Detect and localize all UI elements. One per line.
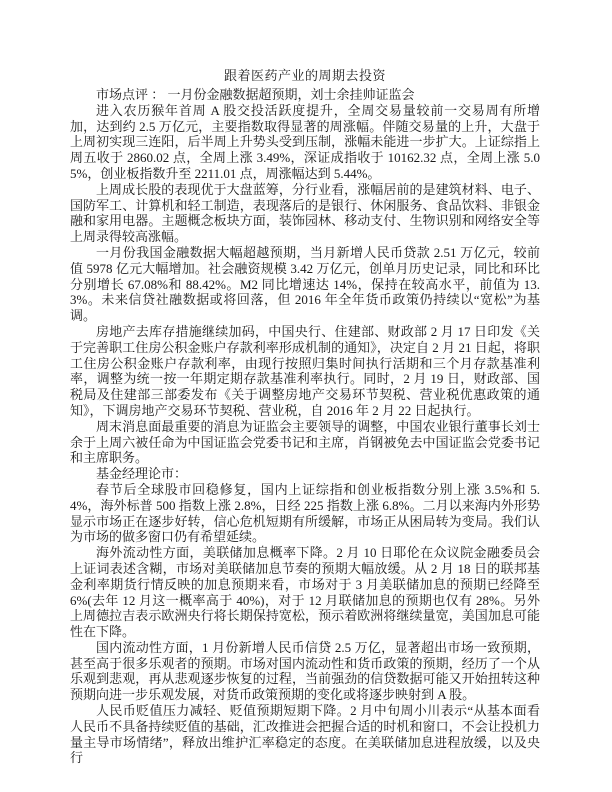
paragraph-sector-performance: 上周成长股的表现优于大盘蓝筹，分行业看，涨幅居前的是建筑材料、电子、国防军工、计… [70, 182, 540, 245]
paragraph-rmb-outlook: 人民币贬值压力减轻、贬值预期短期下降。2 月中旬周小川表示“从基本面看人民币不具… [70, 703, 540, 766]
paragraph-csrc-leadership: 周末消息面最重要的消息为证监会主要领导的调整，中国农业银行董事长刘士余于上周六被… [70, 419, 540, 466]
paragraph-overseas-liquidity: 海外流动性方面，美联储加息概率下降。2 月 10 日耶伦在众议院金融委员会上证词… [70, 545, 540, 640]
paragraph-market-summary: 进入农历猴年首周 A 股交投活跃度提升，全周交易量较前一交易周有所增加，达到约 … [70, 103, 540, 182]
paragraph-domestic-liquidity: 国内流动性方面，1 月份新增人民币信贷 2.5 万亿，显著超出市场一致预期，甚至… [70, 640, 540, 703]
document-title: 跟着医药产业的周期去投资 [70, 68, 540, 84]
paragraph-property-policy: 房地产去库存措施继续加码，中国央行、住建部、财政部 2 月 17 日印发《关于完… [70, 324, 540, 419]
paragraph-global-markets: 春节后全球股市回稳修复，国内上证综指和创业板指数分别上涨 3.5%和 5.4%，… [70, 482, 540, 545]
document-subtitle: 市场点评 ： 一月份金融数据超预期，刘士余挂帅证监会 [70, 87, 540, 103]
document-page: 跟着医药产业的周期去投资 市场点评 ： 一月份金融数据超预期，刘士余挂帅证监会 … [0, 0, 612, 792]
paragraph-financial-data: 一月份我国金融数据大幅超越预期，当月新增人民币贷款 2.51 万亿元，较前值 5… [70, 245, 540, 324]
heading-fund-manager-view: 基金经理论市： [70, 466, 540, 482]
